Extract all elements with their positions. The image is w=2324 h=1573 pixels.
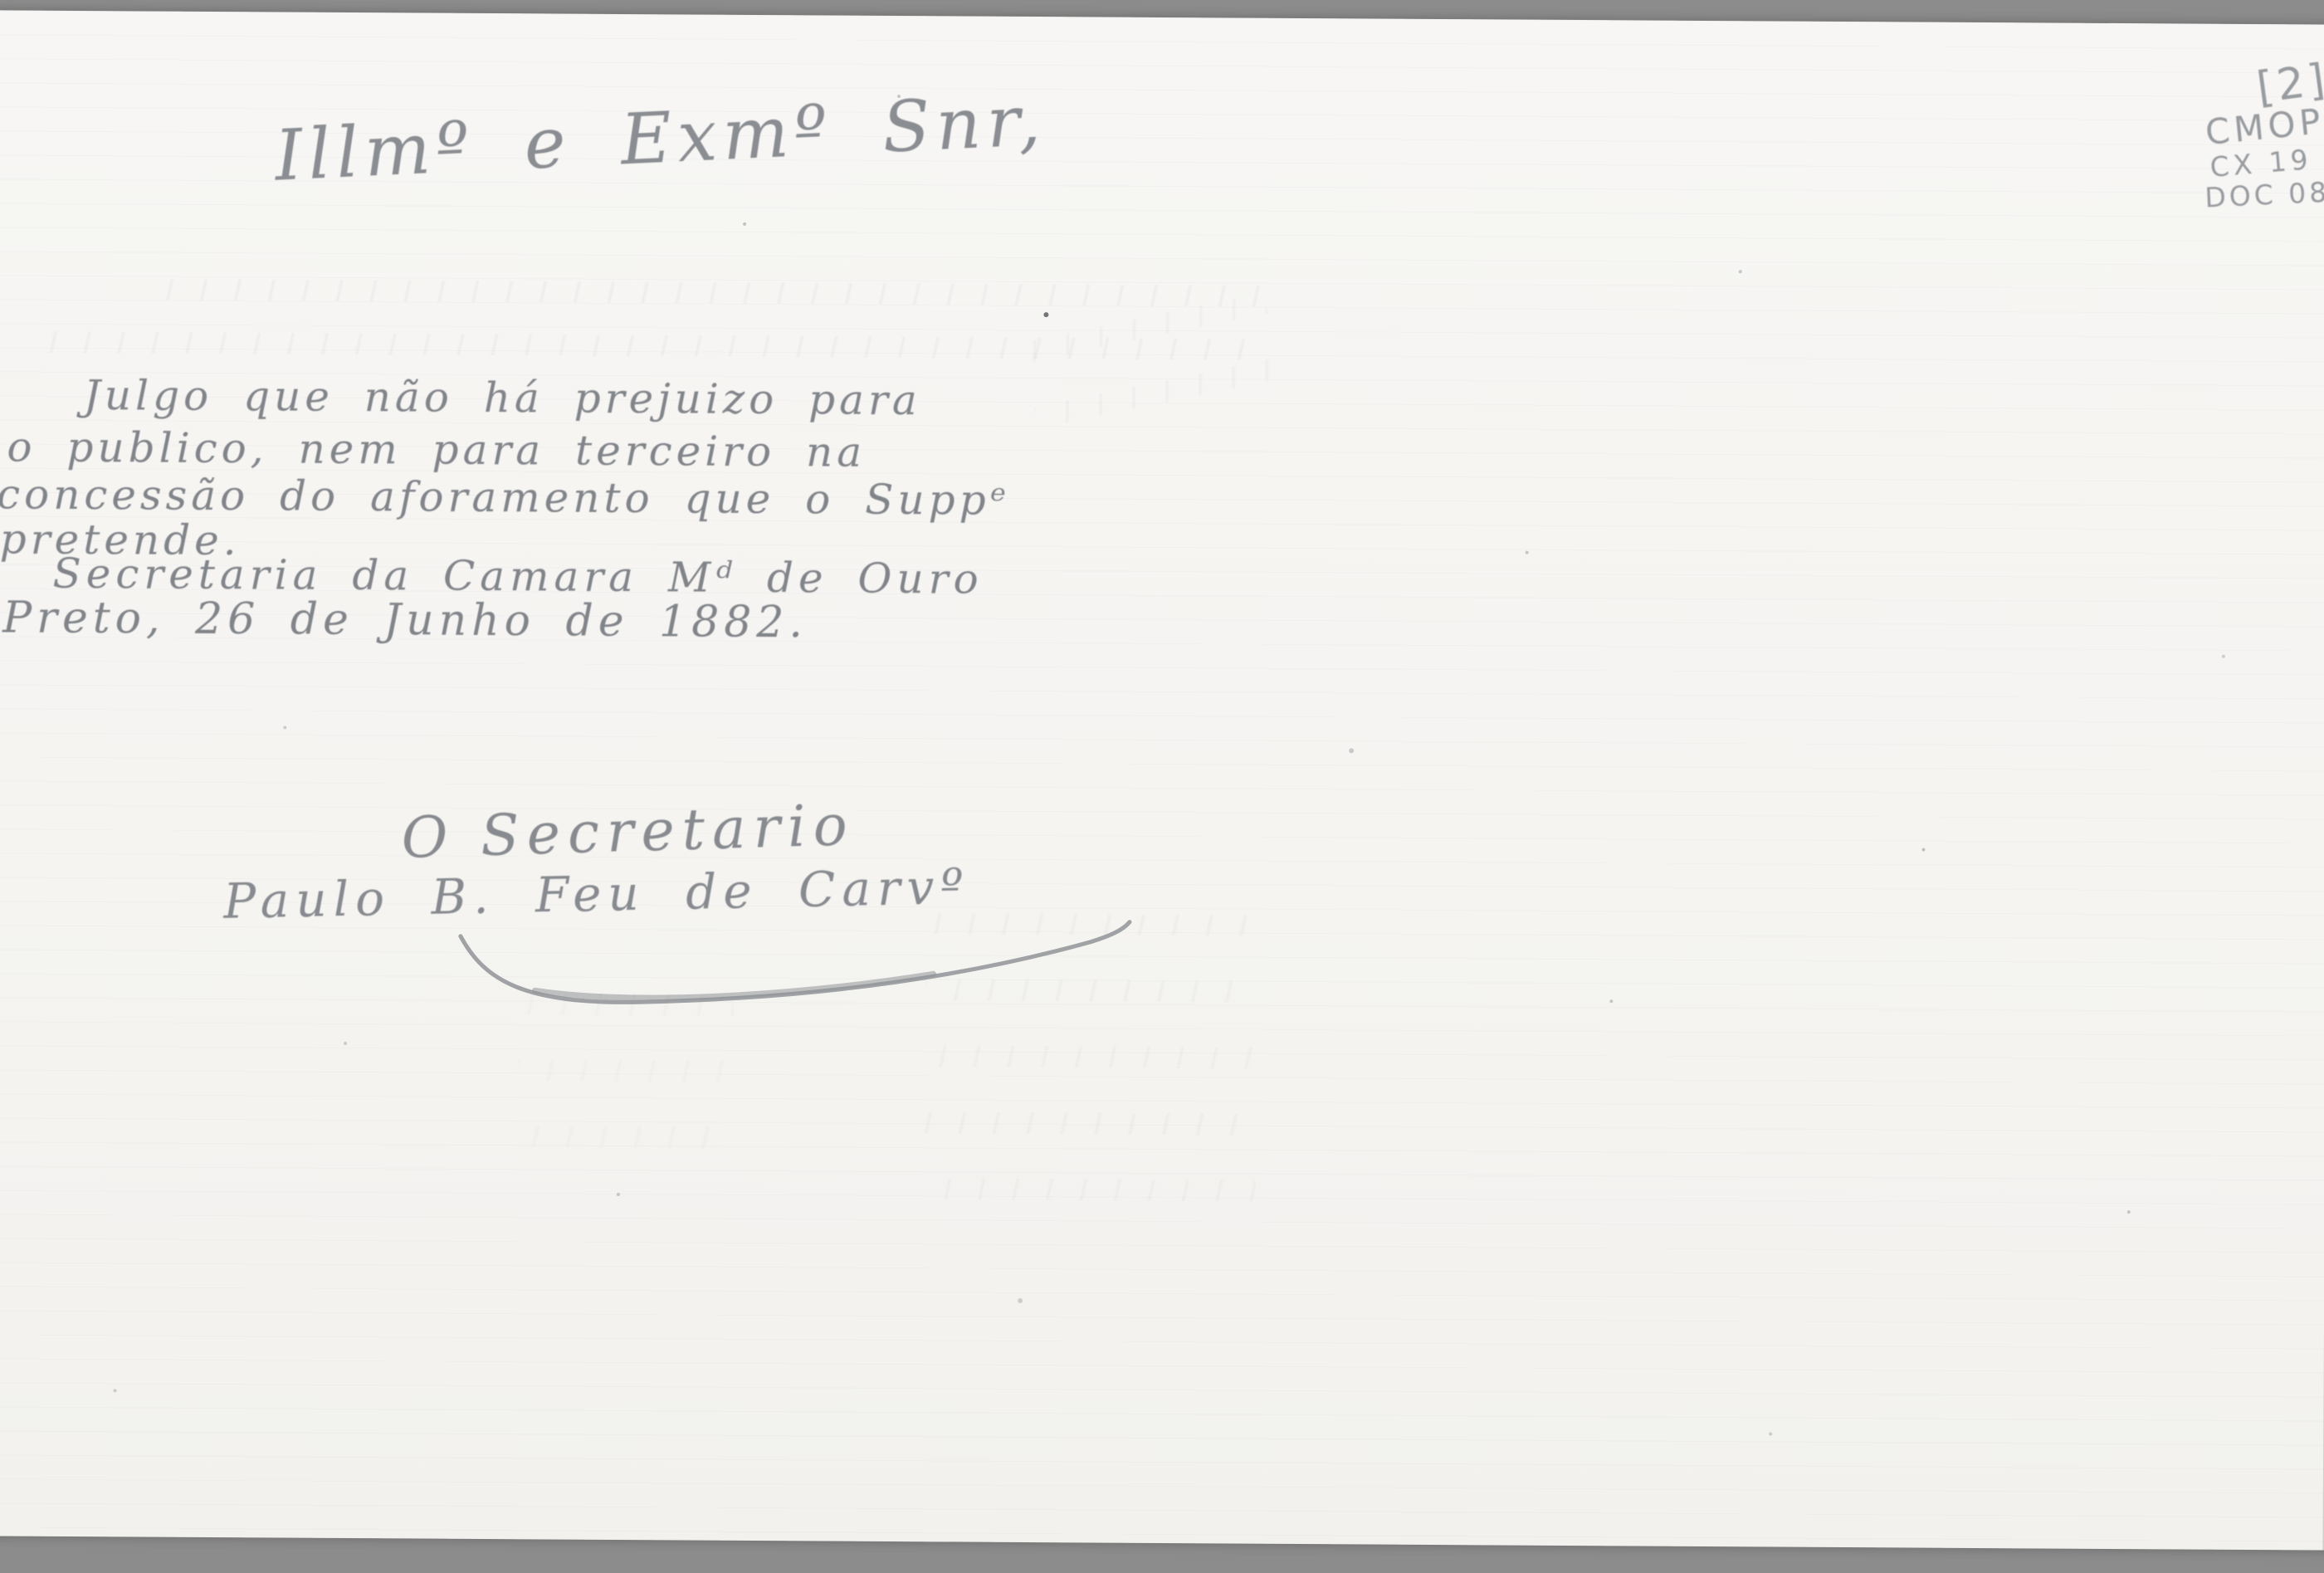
bleedthrough-ghost-text (517, 993, 734, 1194)
signature-role: O Secretario (401, 793, 856, 872)
archival-document-number: DOC 08 (2204, 176, 2324, 214)
scanned-document-page: { "document": { "archival_stamp": { "bra… (0, 0, 2324, 1573)
salutation: Illmº e Exmº Snr, (273, 80, 1048, 197)
body-line: o publico, nem para terceiro na (7, 423, 866, 476)
closing-date-line: Preto, 26 de Junho de 1882. (2, 593, 808, 647)
body-line: Julgo que não há prejuizo para (84, 371, 921, 424)
manuscript-paper-sheet: Illmº e Exmº Snr, Julgo que não há preju… (0, 10, 2324, 1550)
signature-flourish (435, 911, 1166, 1015)
